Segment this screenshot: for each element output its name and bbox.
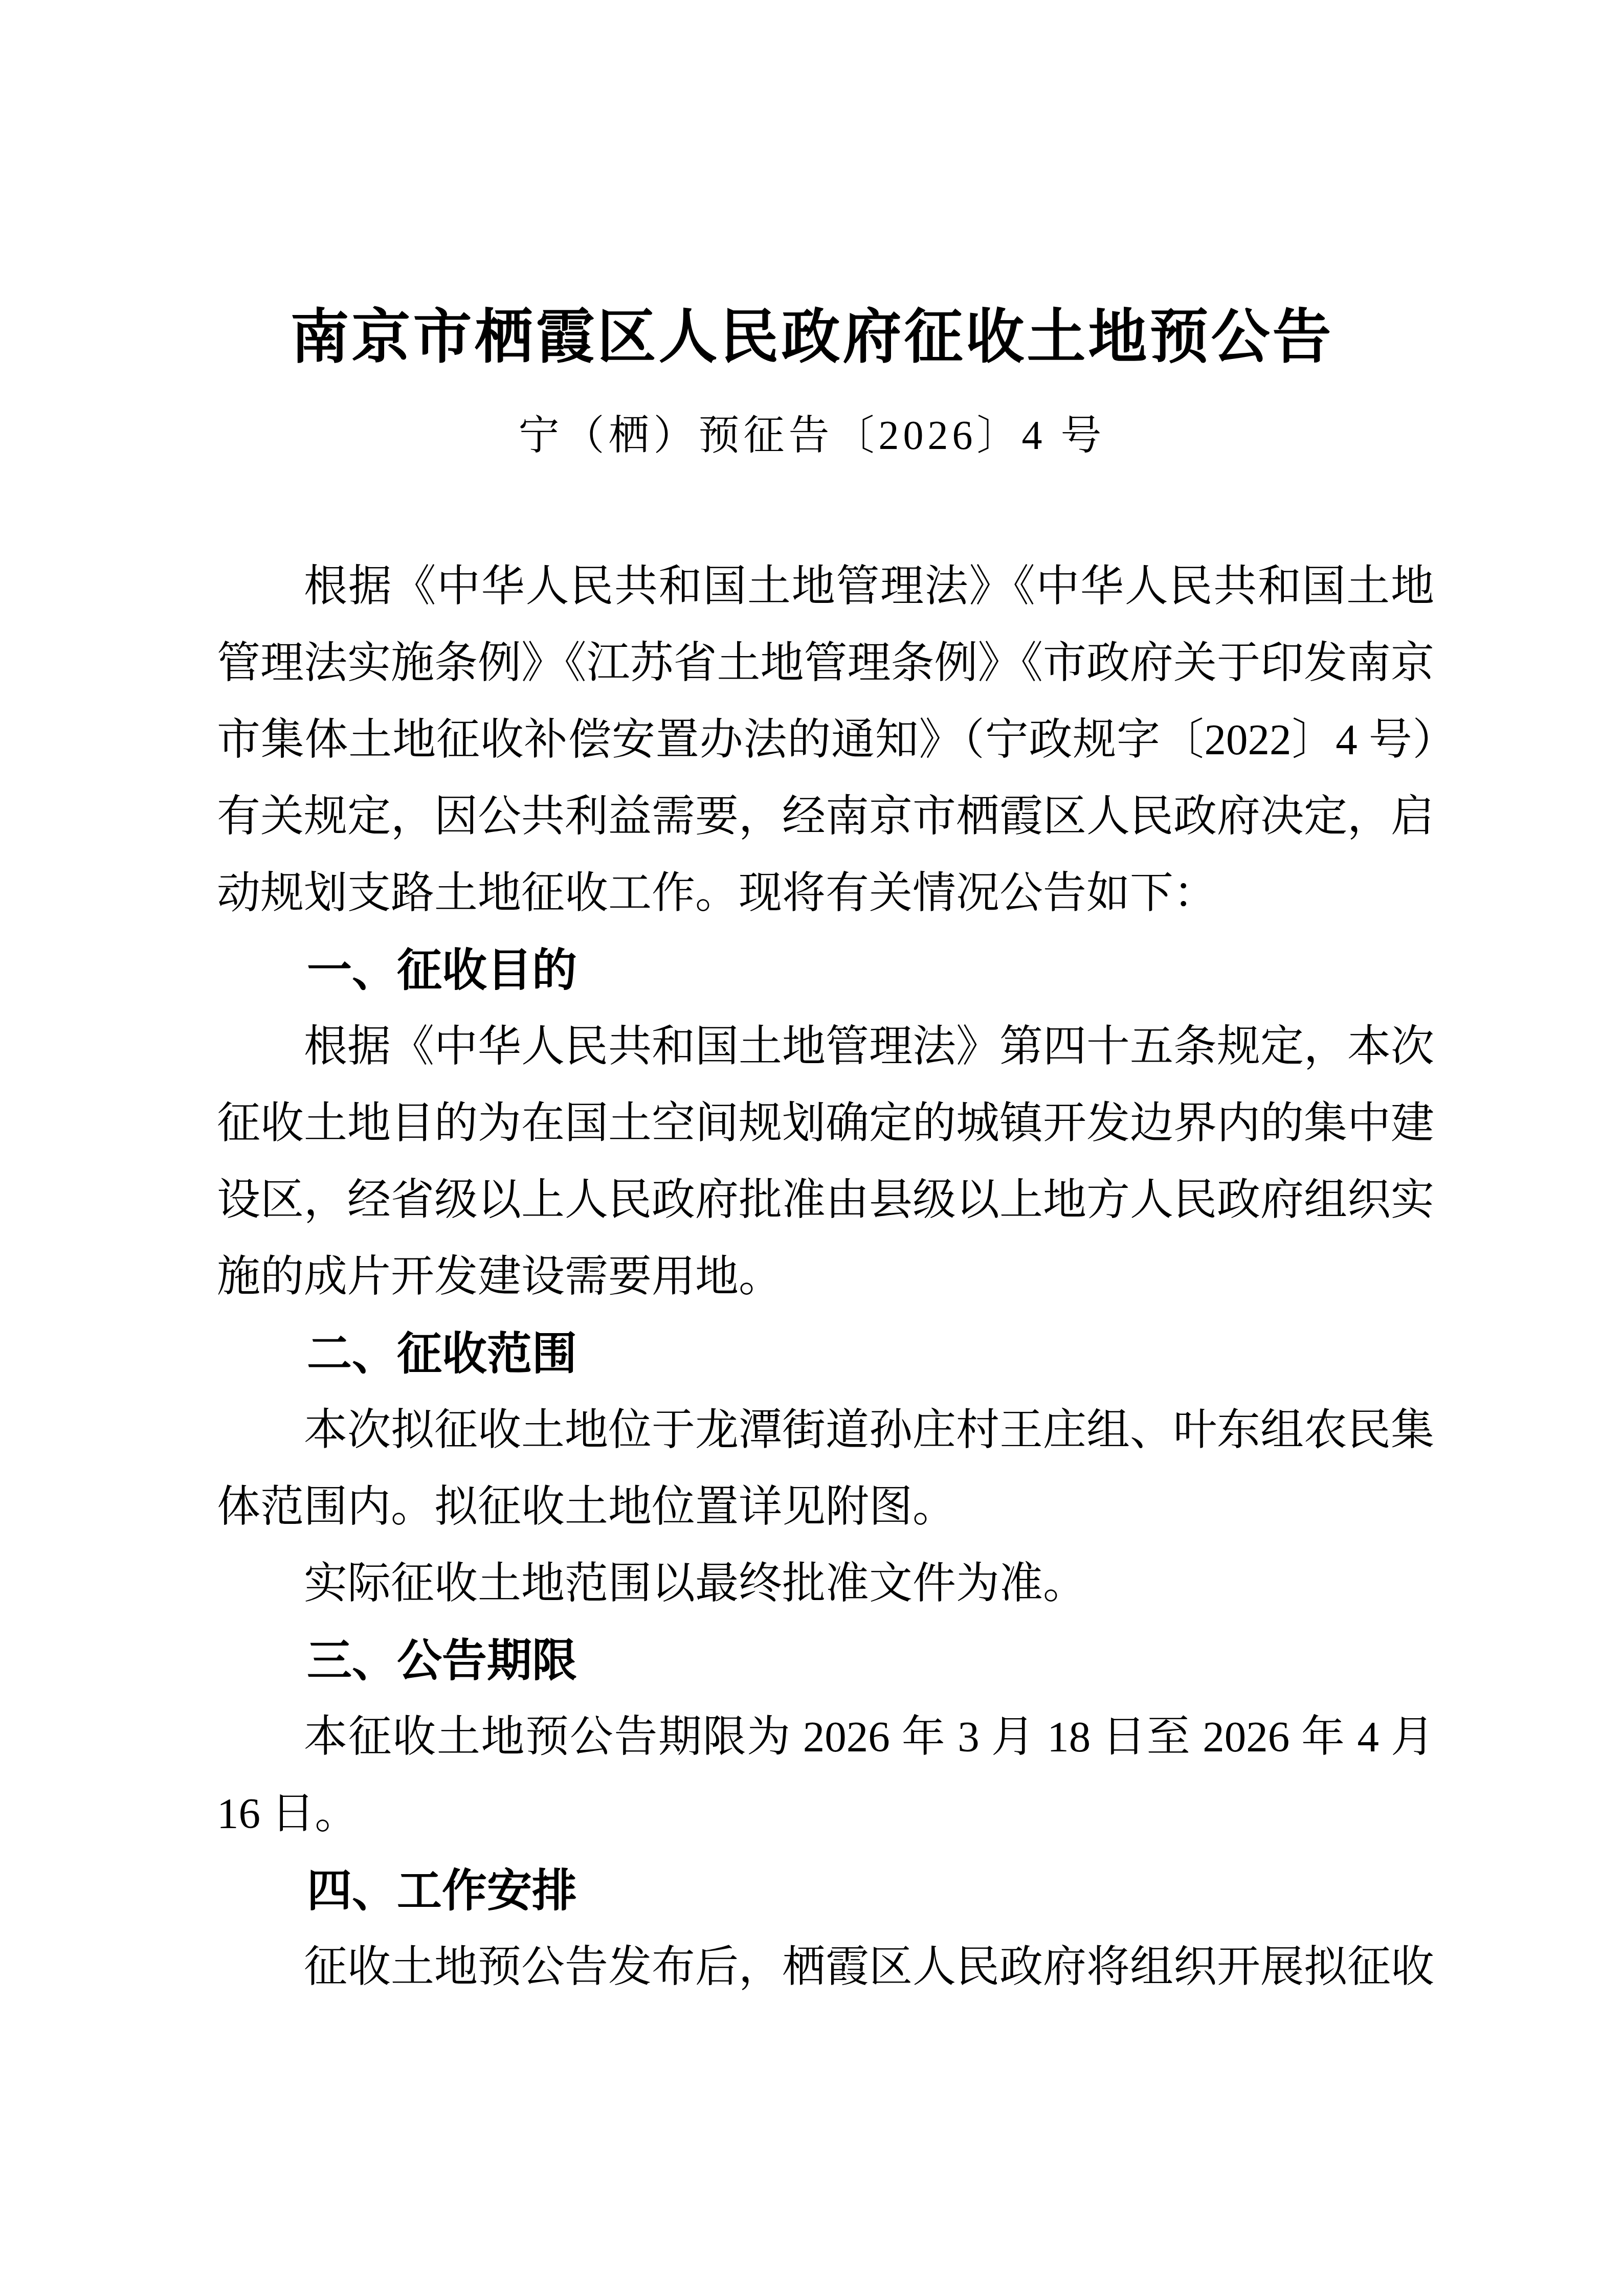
- paragraph-purpose: 根据《中华人民共和国土地管理法》第四十五条规定，本次征收土地目的为在国土空间规划…: [217, 1008, 1434, 1315]
- document-body: 根据《中华人民共和国土地管理法》《中华人民共和国土地管理法实施条例》《江苏省土地…: [217, 548, 1434, 2006]
- heading-section-2-scope: 二、征收范围: [217, 1315, 1434, 1392]
- paragraph-announcement-period: 本征收土地预公告期限为 2026 年 3 月 18 日至 2026 年 4 月 …: [217, 1699, 1434, 1852]
- paragraph-scope-location: 本次拟征收土地位于龙潭街道孙庄村王庄组、叶东组农民集体范围内。拟征收土地位置详见…: [217, 1392, 1434, 1545]
- announcement-page: 南京市栖霞区人民政府征收土地预公告 宁（栖）预征告〔2026〕4 号 根据《中华…: [0, 0, 1624, 2296]
- paragraph-scope-final-approval: 实际征收土地范围以最终批准文件为准。: [217, 1545, 1434, 1622]
- document-number: 宁（栖）预征告〔2026〕4 号: [0, 412, 1624, 460]
- heading-section-1-purpose: 一、征收目的: [217, 932, 1434, 1008]
- paragraph-legal-basis: 根据《中华人民共和国土地管理法》《中华人民共和国土地管理法实施条例》《江苏省土地…: [217, 548, 1434, 932]
- paragraph-work-plan: 征收土地预公告发布后，栖霞区人民政府将组织开展拟征收: [217, 1929, 1434, 2006]
- document-title: 南京市栖霞区人民政府征收土地预公告: [0, 0, 1624, 371]
- heading-section-4-work-plan: 四、工作安排: [217, 1852, 1434, 1929]
- heading-section-3-period: 三、公告期限: [217, 1622, 1434, 1699]
